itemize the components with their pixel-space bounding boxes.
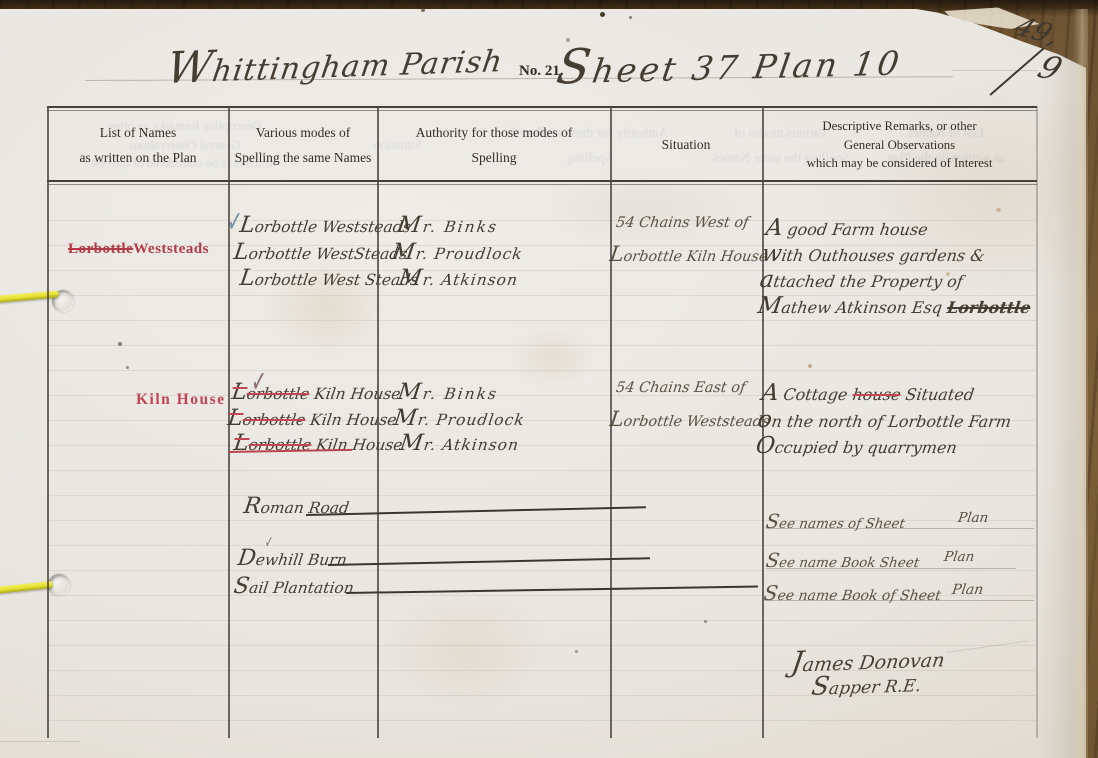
remark-line: attached the Property of bbox=[758, 268, 964, 291]
foxing-spot bbox=[996, 208, 1001, 212]
spelling-entry: Lorbottle Kiln House bbox=[230, 381, 402, 403]
remark-line: with Outhouses gardens & bbox=[760, 242, 986, 265]
remark-line: Occupied by quarrymen bbox=[754, 434, 958, 457]
minor-entry-remark-plan: Plan bbox=[957, 512, 989, 526]
spelling-rest: Kiln House bbox=[308, 385, 402, 403]
name-rest: Weststeads bbox=[133, 240, 209, 257]
header-divider-inner bbox=[47, 184, 1037, 185]
spelling-entry: Lorbottle Kiln House bbox=[226, 407, 398, 429]
header-line: List of Names bbox=[100, 126, 177, 140]
scanned-name-book-page: { "icons": {"check": "✓"}, "corner": {"n… bbox=[0, 0, 1098, 758]
minor-entry-remark-plan: Plan bbox=[943, 551, 975, 565]
struck-word: Lorbottle bbox=[230, 385, 310, 403]
table-border-top bbox=[47, 106, 1037, 108]
foxing-spot bbox=[946, 272, 950, 276]
remark-underline bbox=[766, 528, 1034, 529]
authority-entry: Mr. Proudlock bbox=[390, 241, 524, 263]
remark-line: A good Farm house bbox=[764, 216, 929, 239]
remark-line: Mathew Atkinson Esq Lorbottle bbox=[756, 294, 1032, 317]
authority-entry: Mr. Binks bbox=[396, 214, 499, 236]
ink-speck bbox=[118, 342, 122, 346]
ink-speck bbox=[575, 650, 578, 653]
sheet-plan-title: Sheet 37 Plan 10 bbox=[554, 36, 906, 93]
authority-entry: Mr. Binks bbox=[396, 381, 499, 403]
header-divider bbox=[47, 180, 1037, 182]
situation-line: 54 Chains West of bbox=[615, 216, 749, 231]
spelling-entry: Lorbottle WestSteads bbox=[232, 241, 409, 263]
column-line-right bbox=[1036, 106, 1038, 738]
ink-speck bbox=[600, 12, 605, 17]
ink-speck bbox=[126, 366, 129, 369]
struck-word: Lorbottle bbox=[226, 411, 306, 429]
header-line: which may be considered of Interest bbox=[807, 157, 993, 170]
column-header-remarks: Descriptive Remarks, or other General Ob… bbox=[764, 112, 1035, 178]
column-header-situation: Situation bbox=[612, 112, 760, 178]
struck-word: Lorbottle bbox=[946, 298, 1032, 317]
spelling-entry: Lorbottle West Steads bbox=[238, 267, 420, 289]
authority-entry: Mr. Proudlock bbox=[392, 407, 526, 429]
entry-plan-name: Kiln House bbox=[136, 392, 226, 408]
situation-line: Lorbottle Kiln House bbox=[608, 243, 769, 265]
remark-text: A Cottage bbox=[760, 385, 854, 404]
remark-line: on the north of Lorbottle Farm bbox=[756, 408, 1013, 431]
foxing-spot bbox=[808, 364, 812, 368]
minor-entry-name: Dewhill Burn bbox=[236, 547, 348, 569]
column-line bbox=[47, 106, 49, 738]
header-line: Spelling bbox=[471, 151, 516, 165]
minor-entry-name: Sail Plantation bbox=[232, 575, 355, 597]
header-line: Authority for those modes of bbox=[416, 126, 573, 140]
page-bottom-edge bbox=[0, 741, 80, 742]
minor-entry-remark-plan: Plan bbox=[951, 583, 984, 597]
column-header-names: List of Names as written on the Plan bbox=[49, 112, 227, 178]
spelling-rest: Kiln House bbox=[310, 436, 404, 454]
spelling-entry: Lorbottle Weststeads bbox=[238, 214, 412, 236]
struck-word: house bbox=[851, 385, 902, 404]
entry-plan-name: LorbottleWeststeads bbox=[68, 241, 209, 256]
situation-line: 54 Chains East of bbox=[615, 381, 746, 396]
column-header-spelling-modes: Various modes of Spelling the same Names bbox=[230, 112, 376, 178]
remark-text: Mathew Atkinson Esq bbox=[756, 298, 948, 317]
remark-line: A Cottage house Situated bbox=[760, 381, 976, 404]
remark-underline bbox=[764, 600, 1034, 601]
ink-speck bbox=[566, 38, 570, 42]
ink-speck bbox=[704, 620, 707, 623]
table-border-top-inner bbox=[47, 110, 1037, 111]
header-line: Descriptive Remarks, or other bbox=[822, 120, 976, 133]
header-line: Various modes of bbox=[256, 126, 351, 140]
header-line: as written on the Plan bbox=[80, 151, 197, 165]
authority-entry: Mr. Atkinson bbox=[398, 432, 520, 454]
spelling-rest: Kiln House bbox=[304, 411, 398, 429]
header-line: Situation bbox=[662, 138, 711, 152]
column-header-authority: Authority for those modes of Spelling bbox=[379, 112, 609, 178]
header-line: General Observations bbox=[844, 139, 955, 152]
header-line: Spelling the same Names bbox=[235, 151, 372, 165]
struck-word: Lorbottle bbox=[68, 240, 133, 257]
surveyor-rank: Sapper R.E. bbox=[810, 671, 923, 700]
remark-text: Situated bbox=[899, 385, 975, 404]
authority-entry: Mr. Atkinson bbox=[397, 267, 519, 289]
ink-speck bbox=[629, 16, 632, 19]
ink-speck bbox=[421, 8, 425, 12]
situation-line: Lorbottle Weststeads bbox=[608, 408, 771, 430]
remark-underline bbox=[766, 568, 1016, 569]
name-rest: Kiln House bbox=[136, 391, 226, 408]
title-underline bbox=[952, 70, 1038, 71]
